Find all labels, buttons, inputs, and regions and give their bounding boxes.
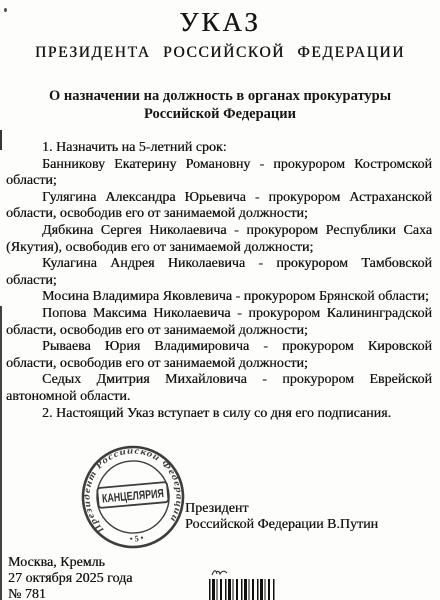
signature-name: В.Путин xyxy=(327,517,378,533)
decree-subject: О назначении на должность в органах прок… xyxy=(30,88,410,123)
footer-number: № 781 xyxy=(8,587,132,600)
body-paragraph: 1. Назначить на 5-летний срок: xyxy=(6,140,432,157)
body-paragraph: Дябкина Сергея Николаевича - прокурором … xyxy=(6,223,432,256)
footer-place: Москва, Кремль xyxy=(8,555,132,571)
decree-title: УКАЗ xyxy=(0,7,440,38)
body-paragraph: Кулагина Андрея Николаевича - прокурором… xyxy=(6,256,432,289)
footer-block: Москва, Кремль 27 октября 2025 года № 78… xyxy=(8,555,132,600)
body-paragraph: Попова Максима Николаевича - прокурором … xyxy=(6,306,432,339)
body-paragraph: Мосина Владимира Яковлевича - прокурором… xyxy=(6,289,432,306)
decree-subject-line2: Российской Федерации xyxy=(30,106,410,124)
signature-post-line1: Президент xyxy=(185,501,324,517)
decree-page: УКАЗ ПРЕЗИДЕНТА РОССИЙСКОЙ ФЕДЕРАЦИИ О н… xyxy=(0,0,440,600)
footer-date: 27 октября 2025 года xyxy=(8,571,132,587)
body-paragraph: Седых Дмитрия Михайловича - прокурором Е… xyxy=(6,372,432,405)
stamp-bottom-text: • 5 • xyxy=(129,532,145,544)
chancellery-stamp-icon: Президент Российской Федерации • 5 • КАН… xyxy=(79,443,187,551)
scan-artifact xyxy=(0,306,2,600)
scan-artifact xyxy=(0,130,2,150)
body-paragraph: 2. Настоящий Указ вступает в силу со дня… xyxy=(6,406,432,423)
decree-issuer: ПРЕЗИДЕНТА РОССИЙСКОЙ ФЕДЕРАЦИИ xyxy=(0,44,440,62)
barcode xyxy=(209,579,275,600)
decree-subject-line1: О назначении на должность в органах прок… xyxy=(30,88,410,106)
scan-artifact xyxy=(4,8,7,12)
decree-body: 1. Назначить на 5-летний срок:Банникову … xyxy=(6,140,432,422)
body-paragraph: Гулягина Александра Юрьевича - прокуроро… xyxy=(6,190,432,223)
signature-post: Президент Российской Федерации xyxy=(185,501,324,533)
handwritten-mark xyxy=(211,566,229,577)
body-paragraph: Рываева Юрия Владимировича - прокурором … xyxy=(6,339,432,372)
signature-post-line2: Российской Федерации xyxy=(185,517,324,533)
body-paragraph: Банникову Екатерину Романовну - прокурор… xyxy=(6,157,432,190)
